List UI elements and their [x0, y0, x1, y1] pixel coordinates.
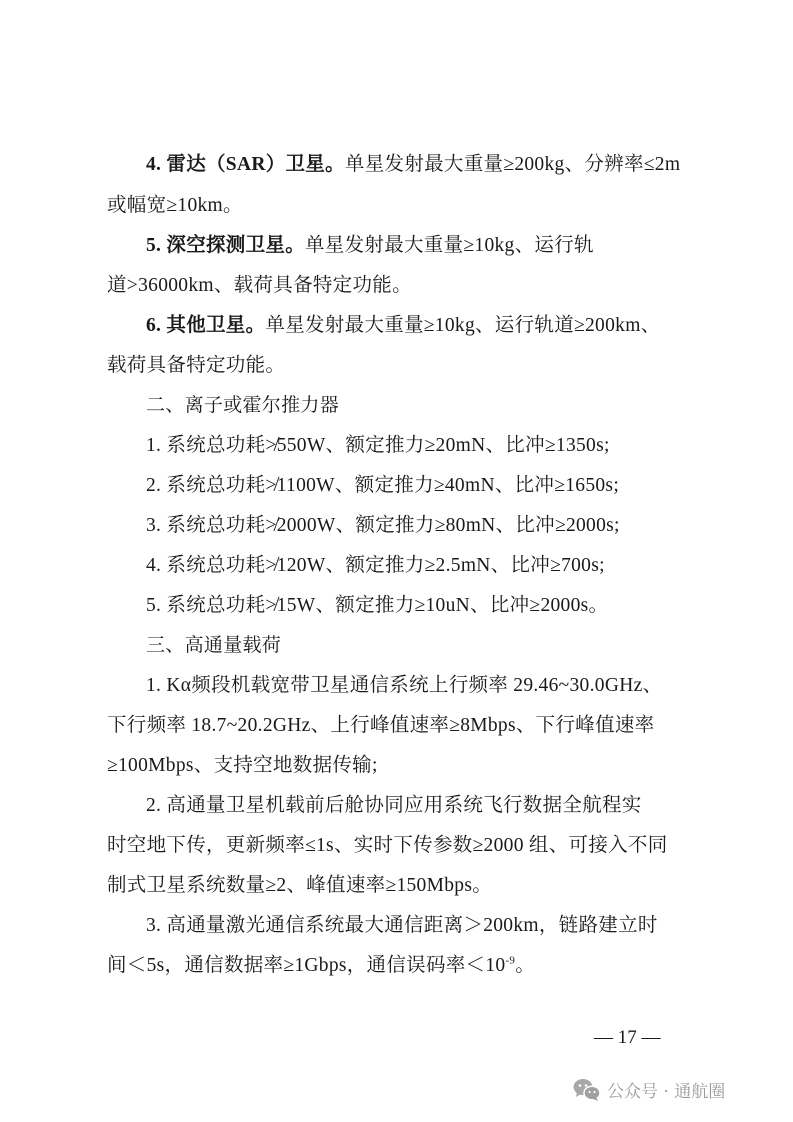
page-number: — 17 —	[594, 1027, 661, 1049]
item-label: 4. 雷达（SAR）卫星。	[146, 154, 345, 175]
watermark: 公众号 · 通航圈	[573, 1077, 725, 1102]
item-text: 单星发射最大重量≥10kg、运行轨	[305, 235, 594, 256]
payload-item-3-cont: 间＜5s，通信数据率≥1Gbps，通信误码率＜10-9。	[107, 953, 535, 979]
superscript: -9	[505, 955, 515, 967]
satellite-item-6: 6. 其他卫星。单星发射最大重量≥10kg、运行轨道≥200km、	[146, 313, 660, 339]
item-text: 单星发射最大重量≥200kg、分辨率≤2m	[345, 154, 680, 175]
payload-item-3: 3. 高通量激光通信系统最大通信距离＞200km，链路建立时	[146, 913, 658, 939]
text: 。	[515, 955, 535, 976]
payload-item-1: 1. Kα频段机载宽带卫星通信系统上行频率 29.46~30.0GHz、	[146, 673, 662, 699]
text: 间＜5s，通信数据率≥1Gbps，通信误码率＜10	[107, 955, 505, 976]
satellite-item-5: 5. 深空探测卫星。单星发射最大重量≥10kg、运行轨	[146, 233, 594, 259]
thruster-item: 1. 系统总功耗≯550W、额定推力≥20mN、比冲≥1350s;	[146, 433, 610, 459]
payload-item-2-cont: 制式卫星系统数量≥2、峰值速率≥150Mbps。	[107, 873, 492, 899]
item-text: 单星发射最大重量≥10kg、运行轨道≥200km、	[265, 315, 660, 336]
payload-item-2-cont: 时空地下传，更新频率≤1s、实时下传参数≥2000 组、可接入不同	[107, 833, 668, 859]
thruster-item: 2. 系统总功耗≯1100W、额定推力≥40mN、比冲≥1650s;	[146, 473, 619, 499]
thruster-item: 3. 系统总功耗≯2000W、额定推力≥80mN、比冲≥2000s;	[146, 513, 620, 539]
payload-item-1-cont: ≥100Mbps、支持空地数据传输;	[107, 753, 378, 779]
satellite-item-4-cont: 或幅宽≥10km。	[107, 193, 243, 219]
watermark-text: 公众号 · 通航圈	[607, 1077, 725, 1102]
document-page: 4. 雷达（SAR）卫星。单星发射最大重量≥200kg、分辨率≤2m 或幅宽≥1…	[0, 0, 793, 1122]
payload-item-1-cont: 下行频率 18.7~20.2GHz、上行峰值速率≥8Mbps、下行峰值速率	[107, 713, 654, 739]
satellite-item-4: 4. 雷达（SAR）卫星。单星发射最大重量≥200kg、分辨率≤2m	[146, 152, 680, 178]
thruster-item: 4. 系统总功耗≯120W、额定推力≥2.5mN、比冲≥700s;	[146, 553, 605, 579]
thruster-item: 5. 系统总功耗≯15W、额定推力≥10uN、比冲≥2000s。	[146, 593, 608, 619]
section-heading-payload: 三、高通量载荷	[146, 632, 281, 658]
item-label: 5. 深空探测卫星。	[146, 235, 305, 256]
payload-item-2: 2. 高通量卫星机载前后舱协同应用系统飞行数据全航程实	[146, 793, 642, 819]
section-heading-thrusters: 二、离子或霍尔推力器	[146, 392, 339, 418]
satellite-item-6-cont: 载荷具备特定功能。	[107, 353, 285, 379]
satellite-item-5-cont: 道>36000km、载荷具备特定功能。	[107, 273, 412, 299]
wechat-icon	[573, 1078, 601, 1102]
item-label: 6. 其他卫星。	[146, 315, 265, 336]
